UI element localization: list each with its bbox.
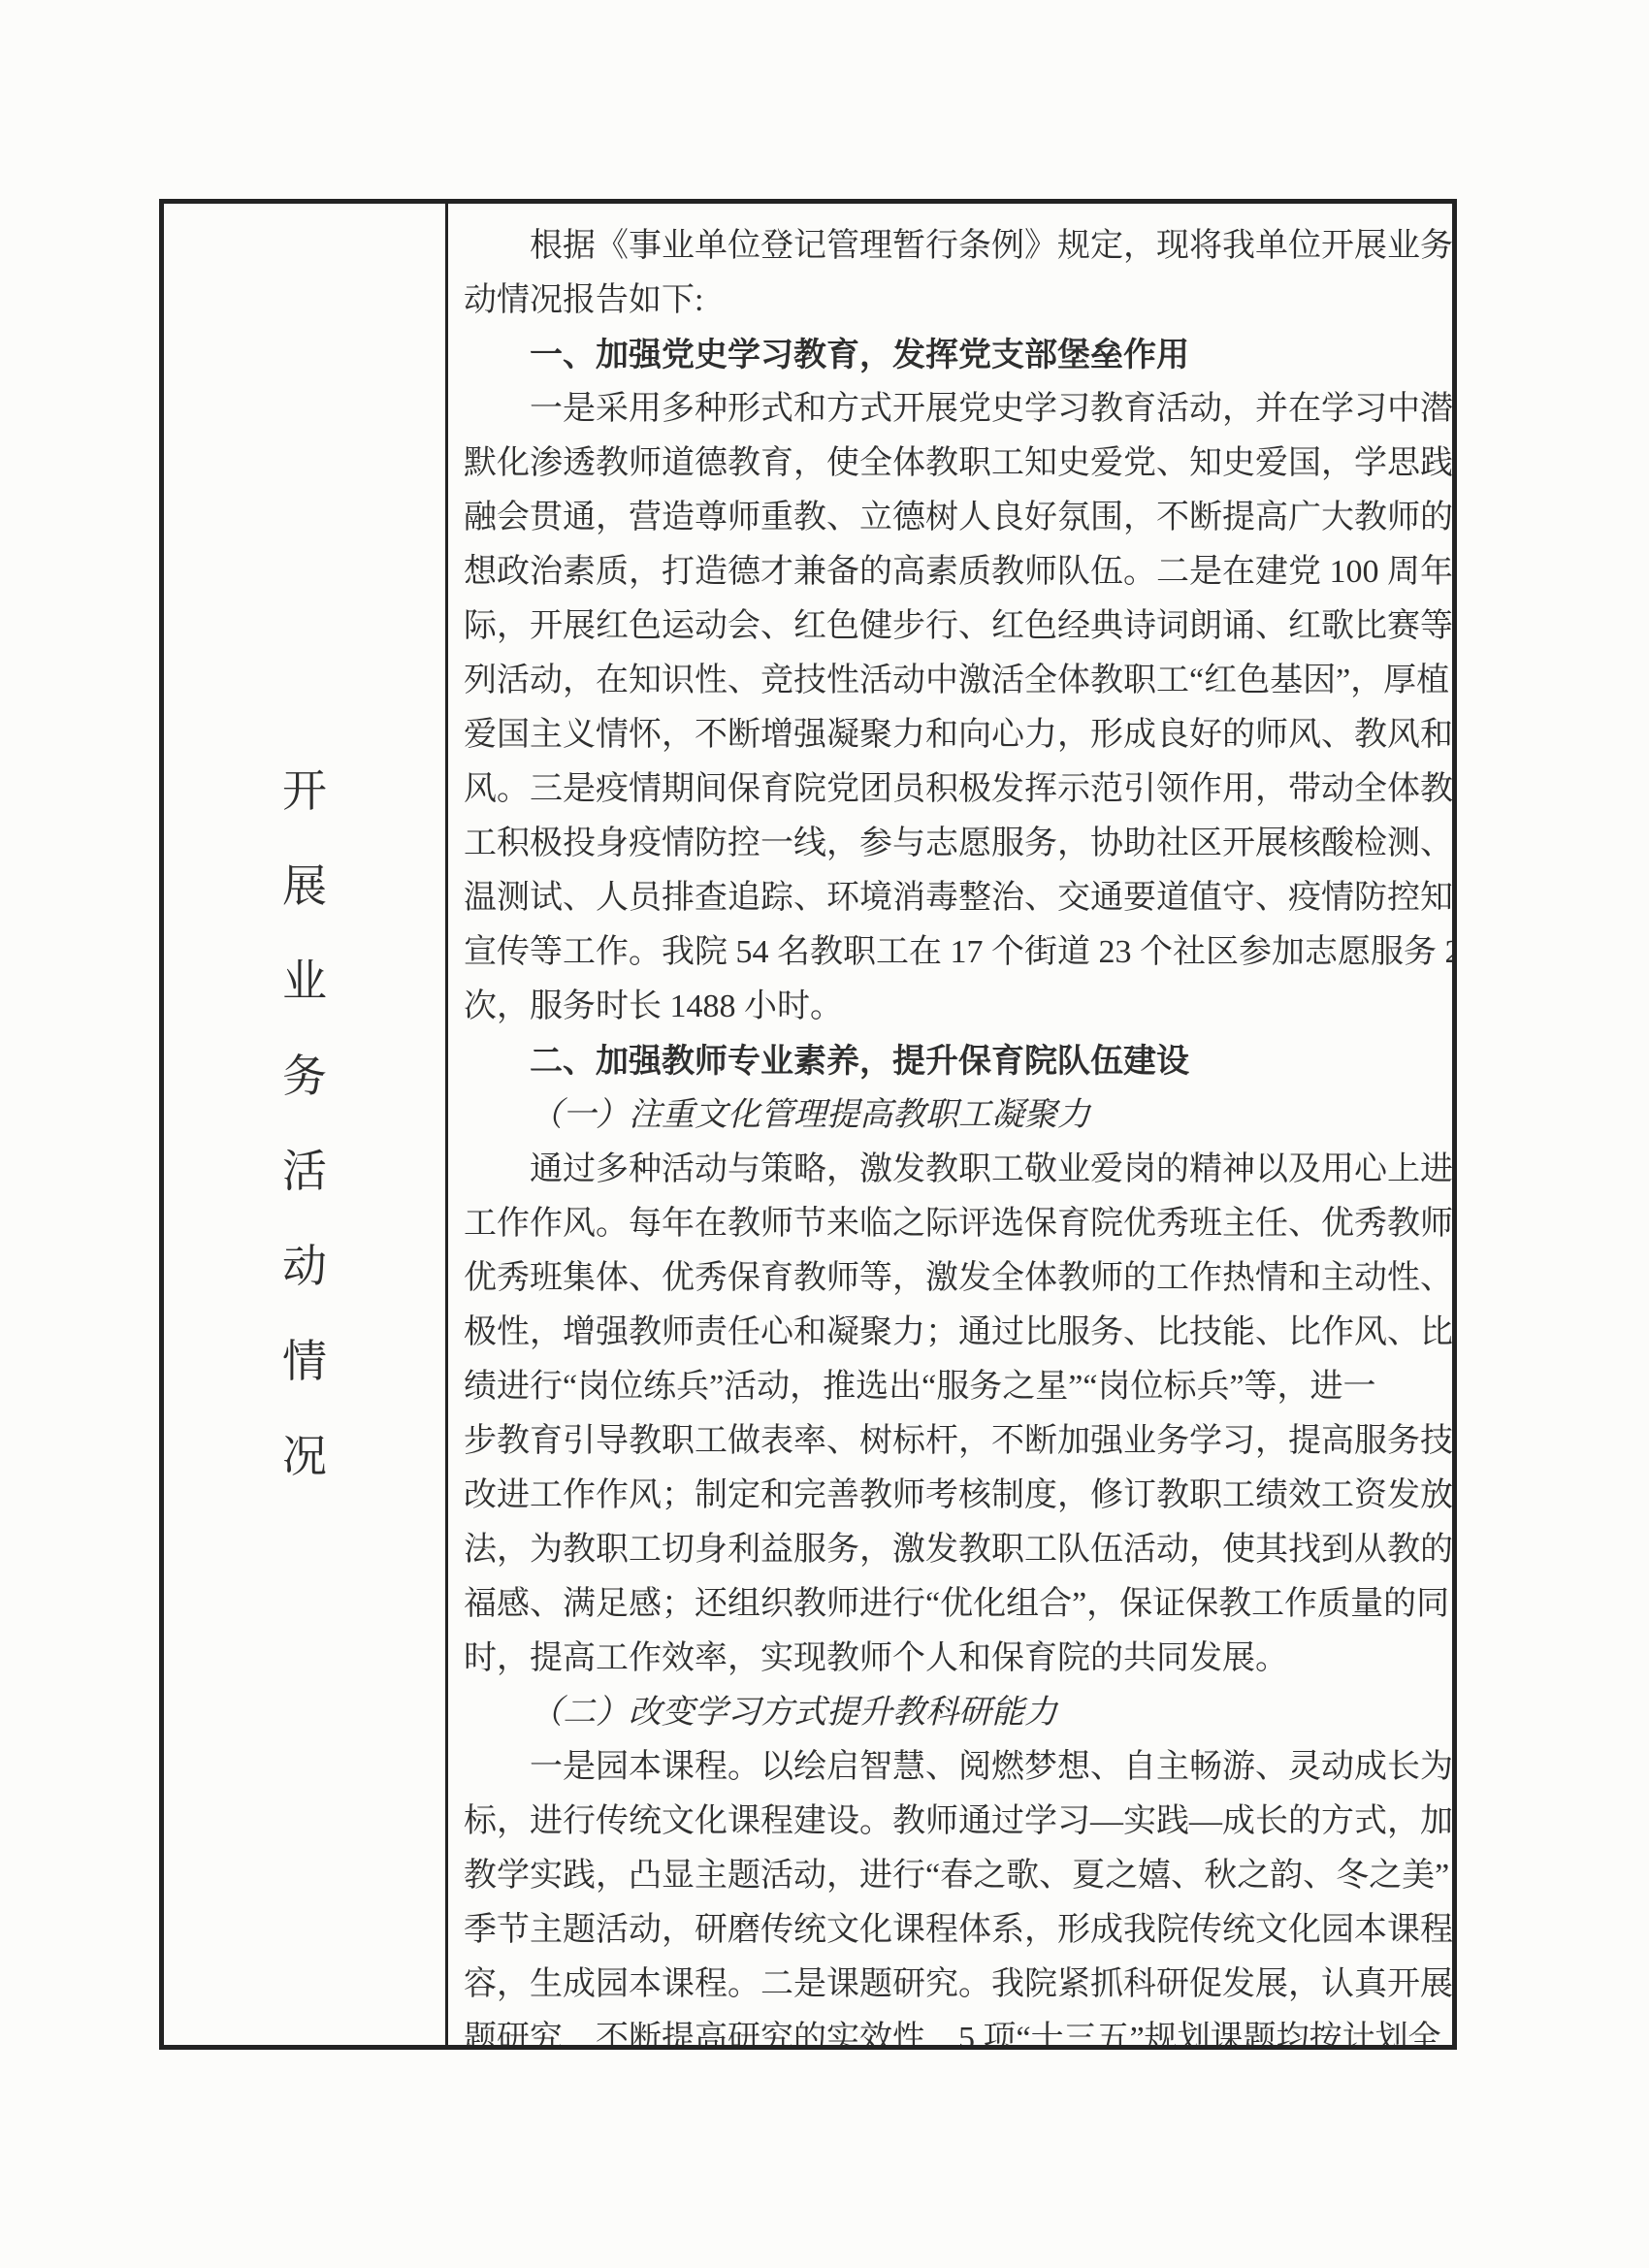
report-line: 一、加强党史学习教育，发挥党支部堡垒作用 [464,328,1442,382]
report-line: 教学实践，凸显主题活动，进行“春之歌、夏之嬉、秋之韵、冬之美” [464,1849,1442,1903]
row-label-char: 况 [282,1435,327,1479]
report-line: 绩进行“岗位练兵”活动，推选出“服务之星”“岗位标兵”等，进一 [464,1360,1442,1414]
report-line: 改进工作作风；制定和完善教师考核制度，修订教职工绩效工资发放办 [464,1469,1442,1523]
report-line: 极性，增强教师责任心和凝聚力；通过比服务、比技能、比作风、比业 [464,1306,1442,1360]
row-label-char: 动 [282,1245,327,1289]
report-line: 宣传等工作。我院 54 名教职工在 17 个街道 23 个社区参加志愿服务 26… [464,925,1442,980]
row-label-char: 展 [282,864,327,909]
report-line: 风。三是疫情期间保育院党团员积极发挥示范引领作用，带动全体教职 [464,762,1442,817]
report-line: 爱国主义情怀，不断增强凝聚力和向心力，形成良好的师风、教风和院 [464,708,1442,762]
report-line: 优秀班集体、优秀保育教师等，激发全体教师的工作热情和主动性、积 [464,1251,1442,1306]
report-line: 福感、满足感；还组织教师进行“优化组合”，保证保教工作质量的同 [464,1577,1442,1632]
report-line: 时，提高工作效率，实现教师个人和保育院的共同发展。 [464,1632,1442,1686]
report-line: 工积极投身疫情防控一线，参与志愿服务，协助社区开展核酸检测、体 [464,817,1442,871]
row-label-char: 情 [282,1340,327,1384]
report-line: 法，为教职工切身利益服务，激发教职工队伍活动，使其找到从教的幸 [464,1523,1442,1577]
report-line: 容，生成园本课程。二是课题研究。我院紧抓科研促发展，认真开展课 [464,1958,1442,2012]
report-line: 列活动，在知识性、竞技性活动中激活全体教职工“红色基因”，厚植 [464,654,1442,708]
report-line: 次，服务时长 1488 小时。 [464,980,1442,1034]
report-line: 通过多种活动与策略，激发教职工敬业爱岗的精神以及用心上进的 [464,1143,1442,1197]
report-line: 步教育引导教职工做表率、树标杆，不断加强业务学习，提高服务技能， [464,1414,1442,1469]
row-label-cell: 开展业务活动情况 [164,204,445,2045]
report-line: 根据《事业单位登记管理暂行条例》规定，现将我单位开展业务活 [464,219,1442,274]
report-line: （二）改变学习方式提升教科研能力 [464,1686,1442,1740]
report-line: 标，进行传统文化课程建设。教师通过学习—实践—成长的方式，加强 [464,1795,1442,1849]
report-line: 想政治素质，打造德才兼备的高素质教师队伍。二是在建党 100 周年之 [464,545,1442,599]
report-line: 际，开展红色运动会、红色健步行、红色经典诗词朗诵、红歌比赛等系 [464,599,1442,654]
report-line: 工作作风。每年在教师节来临之际评选保育院优秀班主任、优秀教师、 [464,1197,1442,1251]
report-line: 融会贯通，营造尊师重教、立德树人良好氛围，不断提高广大教师的思 [464,491,1442,545]
report-content-cell: 根据《事业单位登记管理暂行条例》规定，现将我单位开展业务活动情况报告如下:一、加… [448,204,1452,2045]
row-label-char: 业 [282,959,327,1004]
report-line: 动情况报告如下: [464,274,1442,328]
report-line: 一是园本课程。以绘启智慧、阅燃梦想、自主畅游、灵动成长为目 [464,1740,1442,1795]
row-label-char: 活 [282,1150,327,1194]
report-line: 季节主题活动，研磨传统文化课程体系，形成我院传统文化园本课程内 [464,1903,1442,1958]
report-line: （一）注重文化管理提高教职工凝聚力 [464,1088,1442,1143]
report-line: 一是采用多种形式和方式开展党史学习教育活动，并在学习中潜移 [464,382,1442,437]
report-line: 温测试、人员排查追踪、环境消毒整治、交通要道值守、疫情防控知识 [464,871,1442,925]
report-table: 开展业务活动情况 根据《事业单位登记管理暂行条例》规定，现将我单位开展业务活动情… [159,199,1457,2050]
scanned-document-page: { "colors": { "paper": "#fcfcfa", "ink":… [0,0,1649,2268]
row-label-char: 务 [282,1054,327,1099]
report-line: 二、加强教师专业素养，提升保育院队伍建设 [464,1034,1442,1088]
report-line: 题研究，不断提高研究的实效性，5 项“十三五”规划课题均按计划全 [464,2012,1442,2045]
row-label-char: 开 [282,769,327,814]
report-line: 默化渗透教师道德教育，使全体教职工知史爱党、知史爱国，学思践悟、 [464,437,1442,491]
